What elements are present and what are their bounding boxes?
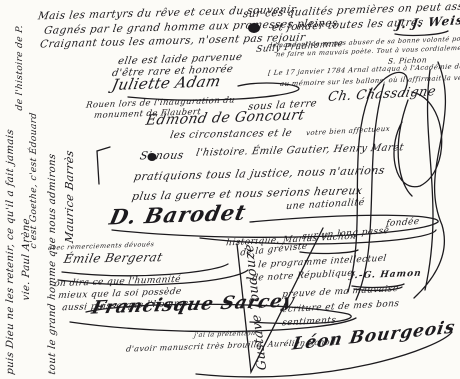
right-margin-flourish-1 (348, 72, 407, 300)
margin-bracket-mark (97, 147, 110, 184)
barodet-underline-flourish (112, 215, 438, 244)
weiss-underline-flourish (395, 31, 448, 35)
hamon-underline (352, 284, 404, 290)
ink-blot-small-icon (148, 153, 157, 161)
bourgeois-sweep-flourish (196, 332, 452, 377)
manuscript-page: Mais les martyrs du rêve et ceux du souv… (0, 0, 460, 379)
bergerat-underline-flourish (58, 264, 248, 285)
right-margin-flourish-2 (414, 62, 445, 298)
adam-underline-flourish (128, 83, 299, 100)
toudouze-v-line (237, 228, 323, 372)
ink-flourishes (0, 0, 460, 379)
sarcey-flourish (70, 304, 356, 331)
vachon-underline (300, 250, 358, 253)
ink-blot-icon (248, 23, 260, 33)
